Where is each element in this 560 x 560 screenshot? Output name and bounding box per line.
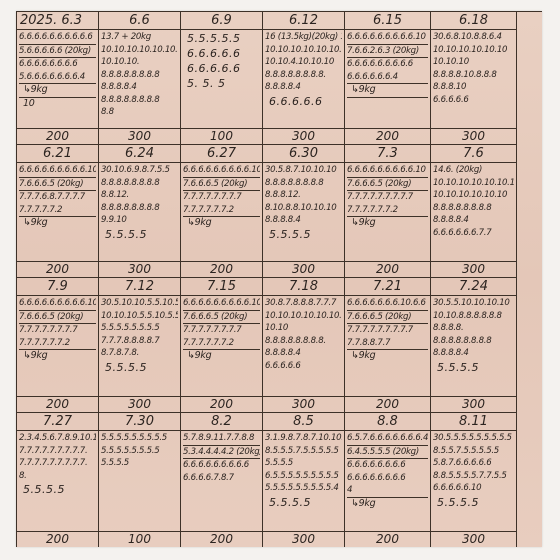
day-cell: 6.12 16 (13.5kg)(20kg) 17.6.10.10.10.10.… bbox=[263, 12, 345, 145]
entry-line: 7.7.7.8.8.8.8.7 bbox=[101, 335, 178, 348]
entry-line: 5. 5. 5 bbox=[183, 76, 260, 91]
entry-line: 5.5.5.5 bbox=[101, 360, 178, 375]
entry-line: 7.7.7.7.7.7.7.7.7 bbox=[347, 191, 428, 204]
day-cell: 8.11 30.5.5.5.5.5.5.5.5.58.5.5.7.5.5.5.5… bbox=[431, 413, 517, 547]
day-cell: 7.27 2.3.4.5.6.7.8.9.10.10.57.7.7.7.7.7.… bbox=[17, 413, 99, 547]
entry-line: 10.10.10.10.10.10.10. bbox=[265, 310, 342, 323]
day-total: 300 bbox=[431, 261, 516, 277]
weight-note: ↳9kg bbox=[347, 84, 428, 98]
entries: 6.6.6.6.6.6.6.6.6.65.6.6.6.6.6 (20kg)6.6… bbox=[17, 30, 98, 128]
day-cell: 6.6 13.7 + 20kg10.10.10.10.10.10.1010.10… bbox=[99, 12, 181, 145]
day-total: 200 bbox=[345, 531, 430, 547]
entries: 5.5.5.5.56.6.6.6.66.6.6.6.65. 5. 5 bbox=[181, 30, 262, 128]
day-total: 300 bbox=[263, 531, 344, 547]
log-grid: 2025. 6.3 6.6.6.6.6.6.6.6.6.65.6.6.6.6.6… bbox=[16, 11, 542, 547]
entry-line: 5.5.5.5 bbox=[265, 227, 342, 242]
entries: 13.7 + 20kg10.10.10.10.10.10.1010.10.10.… bbox=[99, 30, 180, 128]
weight-note: ↳9kg bbox=[347, 350, 428, 363]
entry-line: 8.8.8.8.4 bbox=[433, 214, 514, 227]
entry-line: 9.9.10 bbox=[101, 214, 178, 227]
entry-line: 5.3.4.4.4.4.2 (20kg) bbox=[183, 446, 260, 460]
entry-line: 8.8.8.8.8.8.8.8 bbox=[101, 202, 178, 215]
entry-line: 5.5.5.5 bbox=[433, 495, 514, 510]
entry-line: 7.7.7.7.7.7.7.7 bbox=[19, 324, 96, 337]
entry-line: 7.6.6.6.5 (20kg) bbox=[347, 311, 428, 325]
entry-line: 6.6.6.6.7.8.7 bbox=[183, 472, 260, 485]
handwritten-log-sheet: 2025. 6.3 6.6.6.6.6.6.6.6.6.65.6.6.6.6.6… bbox=[16, 11, 542, 547]
day-total: 300 bbox=[431, 531, 516, 547]
day-cell: 7.21 6.6.6.6.6.6.6.10.6.67.6.6.6.5 (20kg… bbox=[345, 278, 431, 413]
entry-line: 10.10.10.5.5.10.5.5 bbox=[101, 310, 178, 323]
weight-note: 10 bbox=[19, 98, 96, 111]
entry-line: 6.6.6.6.6.6.6.10.6.6 bbox=[347, 297, 428, 311]
day-cell: 6.21 6.6.6.6.6.6.6.6.6.107.6.6.6.5 (20kg… bbox=[17, 145, 99, 278]
entry-line: 10.10.10.10.10.10.10 bbox=[433, 177, 514, 190]
date-header: 6.18 bbox=[431, 12, 516, 30]
day-total: 300 bbox=[431, 396, 516, 412]
entry-line: 6.6.6.6.6.6.4 bbox=[347, 71, 428, 85]
entry-line: 7.7.7.7.7.7.7.7 bbox=[183, 324, 260, 337]
weight-note: ↳9kg bbox=[19, 350, 96, 363]
day-total: 200 bbox=[17, 128, 98, 144]
entry-line: 5.5.5.5 bbox=[265, 495, 342, 510]
entry-line: 5.5.5.5.5.5.5.5 bbox=[101, 445, 178, 458]
entry-line: 6.4.5.5.5.5 (20kg) bbox=[347, 446, 428, 460]
entry-line: 8.8.8.8.10.8.8.8 bbox=[433, 69, 514, 82]
entry-line: 5.7.8.9.11.7.7.8.8 bbox=[183, 432, 260, 446]
day-cell: 7.6 14.6. (20kg)10.10.10.10.10.10.1010.1… bbox=[431, 145, 517, 278]
entries: 30.5.5.10.10.10.1010.10.8.8.8.8.8.88.8.8… bbox=[431, 296, 516, 396]
day-total: 100 bbox=[181, 128, 262, 144]
entry-line: 10.10.10.10.10.10.10 bbox=[101, 44, 178, 57]
entries: 30.5.8.7.10.10.108.8.8.8.8.8.8.88.8.8.12… bbox=[263, 163, 344, 261]
day-cell: 7.30 5.5.5.5.5.5.5.5.55.5.5.5.5.5.5.55.5… bbox=[99, 413, 181, 547]
entry-line: 6.6.6.6.6 bbox=[183, 46, 260, 61]
date-header: 8.8 bbox=[345, 413, 430, 431]
entry-line: 7.7.7.7.7.2 bbox=[19, 204, 96, 218]
entry-line: 30.5.10.10.5.5.10.5 bbox=[101, 297, 178, 310]
entry-line: 6.5.7.6.6.6.6.6.6.6.4 bbox=[347, 432, 428, 446]
entry-line: 8.8.8.8.8.8.8.8 bbox=[265, 177, 342, 190]
date-header: 6.6 bbox=[99, 12, 180, 30]
entry-line: 7.7.7.7.7.7.2 bbox=[183, 204, 260, 218]
day-total: 300 bbox=[431, 128, 516, 144]
entry-line: 5.5.5.5.5.5.5.5.5.4 bbox=[265, 482, 342, 495]
entries: 30.5.10.10.5.5.10.510.10.10.5.5.10.5.55.… bbox=[99, 296, 180, 396]
entries: 16 (13.5kg)(20kg) 17.6.10.10.10.10.10.10… bbox=[263, 30, 344, 128]
entry-line: 13.7 + 20kg bbox=[101, 31, 178, 44]
entry-line: 6.6.6.6.6 bbox=[433, 94, 514, 107]
entries: 30.8.7.8.8.8.7.7.710.10.10.10.10.10.10.1… bbox=[263, 296, 344, 396]
entries: 6.6.6.6.6.6.6.6.6.107.6.6.6.5 (20kg)7.7.… bbox=[17, 296, 98, 396]
day-total: 200 bbox=[17, 396, 98, 412]
date-header: 7.3 bbox=[345, 145, 430, 163]
day-cell: 6.27 6.6.6.6.6.6.6.6.6.107.6.6.6.5 (20kg… bbox=[181, 145, 263, 278]
entries: 30.10.6.9.8.7.5.58.8.8.8.8.8.8.88.8.12.8… bbox=[99, 163, 180, 261]
entry-line: 10.10.10 bbox=[433, 56, 514, 69]
entry-line: 5.5.5.5 bbox=[433, 360, 514, 375]
entry-line: 6.6.6.6.6.6.6.6 bbox=[19, 58, 96, 71]
entry-line: 5.5.5.5.5.5.5.5 bbox=[101, 322, 178, 335]
entry-line: 6.6.6.6.6.6.6.6.6 bbox=[183, 459, 260, 472]
entry-line: 6.6.6.6.6.6.6.6 bbox=[347, 459, 428, 472]
entry-line: 30.10.6.9.8.7.5.5 bbox=[101, 164, 178, 177]
date-header: 7.27 bbox=[17, 413, 98, 431]
entry-line: 5.5.5.5 bbox=[19, 482, 96, 497]
date-header: 7.9 bbox=[17, 278, 98, 296]
weight-note: ↳9kg bbox=[183, 350, 260, 363]
entries: 30.6.8.10.8.8.6.410.10.10.10.10.1010.10.… bbox=[431, 30, 516, 128]
entry-line: 10.10.10. bbox=[101, 56, 178, 69]
entries: 6.6.6.6.6.6.6.6.6.107.6.6.6.5 (20kg)7.7.… bbox=[181, 296, 262, 396]
entry-line: 10.10.10.10.10.10.10 bbox=[265, 44, 342, 57]
date-header: 6.12 bbox=[263, 12, 344, 30]
entry-line: 7.6.6.2.6.3 (20kg) bbox=[347, 45, 428, 59]
entry-line: 10.10.4.10.10.10 bbox=[265, 56, 342, 69]
entry-line: 8.8.8.8.8.8.8.8 bbox=[433, 335, 514, 348]
day-cell: 6.30 30.5.8.7.10.10.108.8.8.8.8.8.8.88.8… bbox=[263, 145, 345, 278]
day-total: 200 bbox=[345, 396, 430, 412]
entry-line: 8.10.8.8.10.10.10 bbox=[265, 202, 342, 215]
entry-line: 6.6.6.6.6.6.6.6.6.10 bbox=[183, 297, 260, 311]
entry-line: 30.6.8.10.8.8.6.4 bbox=[433, 31, 514, 44]
date-header: 8.5 bbox=[263, 413, 344, 431]
entry-line: 8.8.8.8.8.8.8.8. bbox=[265, 69, 342, 82]
date-header: 7.15 bbox=[181, 278, 262, 296]
entry-line: 30.5.5.10.10.10.10 bbox=[433, 297, 514, 310]
entries: 6.6.6.6.6.6.6.6.6.107.6.6.6.5 (20kg)7.7.… bbox=[181, 163, 262, 261]
entry-line: 7.7.7.7.7.7.2 bbox=[347, 204, 428, 218]
entry-line: 8.5.5.7.5.5.5.5.5 bbox=[433, 445, 514, 458]
entry-line: 7.6.6.6.5 (20kg) bbox=[19, 178, 96, 192]
date-header: 7.18 bbox=[263, 278, 344, 296]
entry-line: 8.8.8.8.8.8.8.8 bbox=[101, 69, 178, 82]
entry-line: 5.6.6.6.6.6.6.6.4 bbox=[19, 71, 96, 85]
entry-line: 6.6.6.6.6.6.6.6.6.6 bbox=[19, 31, 96, 45]
day-cell: 6.9 5.5.5.5.56.6.6.6.66.6.6.6.65. 5. 5 1… bbox=[181, 12, 263, 145]
day-total: 200 bbox=[345, 261, 430, 277]
day-cell: 6.24 30.10.6.9.8.7.5.58.8.8.8.8.8.8.88.8… bbox=[99, 145, 181, 278]
entry-line: 30.5.8.7.10.10.10 bbox=[265, 164, 342, 177]
entry-line: 7.6.6.6.5 (20kg) bbox=[19, 311, 96, 325]
date-header: 6.30 bbox=[263, 145, 344, 163]
day-total: 300 bbox=[99, 261, 180, 277]
date-header: 6.9 bbox=[181, 12, 262, 30]
date-header: 6.21 bbox=[17, 145, 98, 163]
day-cell: 8.2 5.7.8.9.11.7.7.8.85.3.4.4.4.4.2 (20k… bbox=[181, 413, 263, 547]
day-cell: 6.18 30.6.8.10.8.8.6.410.10.10.10.10.101… bbox=[431, 12, 517, 145]
date-header: 8.2 bbox=[181, 413, 262, 431]
day-cell: 7.18 30.8.7.8.8.8.7.7.710.10.10.10.10.10… bbox=[263, 278, 345, 413]
date-header: 6.27 bbox=[181, 145, 262, 163]
entry-line: 3.1.9.8.7.8.7.10.10.10 bbox=[265, 432, 342, 445]
day-cell: 6.15 6.6.6.6.6.6.6.6.6.107.6.6.2.6.3 (20… bbox=[345, 12, 431, 145]
entry-line: 7.6.6.6.5 (20kg) bbox=[183, 178, 260, 192]
day-cell: 7.24 30.5.5.10.10.10.1010.10.8.8.8.8.8.8… bbox=[431, 278, 517, 413]
entries: 3.1.9.8.7.8.7.10.10.108.5.5.5.7.5.5.5.5.… bbox=[263, 431, 344, 531]
weight-note: ↳9kg bbox=[347, 498, 428, 511]
entries: 2.3.4.5.6.7.8.9.10.10.57.7.7.7.7.7.7.7.7… bbox=[17, 431, 98, 531]
date-header: 7.6 bbox=[431, 145, 516, 163]
day-cell: 7.9 6.6.6.6.6.6.6.6.6.107.6.6.6.5 (20kg)… bbox=[17, 278, 99, 413]
day-total: 300 bbox=[263, 261, 344, 277]
entries: 5.5.5.5.5.5.5.5.55.5.5.5.5.5.5.55.5.5.5 bbox=[99, 431, 180, 531]
entry-line: 8.8.8.8.8.8.8.8. bbox=[265, 335, 342, 348]
entry-line: 6.6.6.6.6.6.7.7 bbox=[433, 227, 514, 240]
day-total: 200 bbox=[17, 531, 98, 547]
day-total: 200 bbox=[345, 128, 430, 144]
entry-line: 8.8.8.10 bbox=[433, 81, 514, 94]
entry-line: 6.6.6.6.6.6.6.6.6.10 bbox=[19, 164, 96, 178]
entry-line: 16 (13.5kg)(20kg) 17.6.10. bbox=[265, 31, 342, 44]
entry-line: 6.6.6.6.6.6.6.6 bbox=[347, 472, 428, 485]
day-total: 200 bbox=[181, 261, 262, 277]
day-total: 200 bbox=[181, 531, 262, 547]
entry-line: 8.8.8.8.8.8.8.8 bbox=[101, 177, 178, 190]
entry-line: 6.5.5.5.5.5.5.5.5.5 bbox=[265, 470, 342, 483]
entry-line: 7.7.8.8.7.7 bbox=[347, 337, 428, 351]
day-total: 300 bbox=[263, 396, 344, 412]
entry-line: 5.6.6.6.6.6 (20kg) bbox=[19, 45, 96, 59]
entry-line: 8.8.8.12. bbox=[265, 189, 342, 202]
date-header: 6.24 bbox=[99, 145, 180, 163]
entry-line: 6.6.6.6.6.6.6.6.6.10 bbox=[347, 31, 428, 45]
entry-line: 6.6.6.6.6.6.6.6.6 bbox=[347, 58, 428, 71]
day-cell: 8.8 6.5.7.6.6.6.6.6.6.6.46.4.5.5.5.5 (20… bbox=[345, 413, 431, 547]
entry-line: 8.8 bbox=[101, 106, 178, 119]
entry-line: 5.5.5.5 bbox=[101, 227, 178, 242]
entry-line: 5.5.5.5.5.5.5.5.5 bbox=[101, 432, 178, 445]
entries: 6.5.7.6.6.6.6.6.6.6.46.4.5.5.5.5 (20kg)6… bbox=[345, 431, 430, 531]
entry-line: 7.7.7.7.7.7.2 bbox=[183, 337, 260, 351]
entry-line: 8.8.8.8.4 bbox=[433, 347, 514, 360]
entry-line: 8.8.8.8.8.8.8.8 bbox=[433, 202, 514, 215]
weight-note: ↳9kg bbox=[19, 217, 96, 230]
day-total: 100 bbox=[99, 531, 180, 547]
entry-line: 7.7.7.7.7.7.7.7.7 bbox=[347, 324, 428, 337]
entry-line: 7.7.7.7.7.7.7.7.7. bbox=[19, 445, 96, 458]
entry-line: 6.6.6.6.6.6.6.6.6.10 bbox=[183, 164, 260, 178]
entry-line: 7.7.7.6.8.7.7.7.7 bbox=[19, 191, 96, 204]
entry-line: 6.6.6.6.6 bbox=[183, 61, 260, 76]
entry-line: 30.8.7.8.8.8.7.7.7 bbox=[265, 297, 342, 310]
entries: 6.6.6.6.6.6.6.6.6.107.6.6.2.6.3 (20kg)6.… bbox=[345, 30, 430, 128]
date-header: 8.11 bbox=[431, 413, 516, 431]
entry-line: 5.8.7.6.6.6.6.6 bbox=[433, 457, 514, 470]
day-cell: 7.12 30.5.10.10.5.5.10.510.10.10.5.5.10.… bbox=[99, 278, 181, 413]
entry-line: 8.8.8.8.4 bbox=[265, 347, 342, 360]
entry-line: 8.8.8.8.4 bbox=[265, 81, 342, 94]
day-total: 300 bbox=[99, 128, 180, 144]
date-header: 7.30 bbox=[99, 413, 180, 431]
day-cell: 8.5 3.1.9.8.7.8.7.10.10.108.5.5.5.7.5.5.… bbox=[263, 413, 345, 547]
date-header: 7.12 bbox=[99, 278, 180, 296]
entries: 6.6.6.6.6.6.6.6.6.107.6.6.6.5 (20kg)7.7.… bbox=[345, 163, 430, 261]
entry-line: 7.7.7.7.7.7.2 bbox=[19, 337, 96, 351]
entry-line: 10.10.10.10.10.10 bbox=[433, 189, 514, 202]
entry-line: 8.8.8.8.4 bbox=[265, 214, 342, 227]
day-total: 200 bbox=[17, 261, 98, 277]
entries: 6.6.6.6.6.6.6.10.6.67.6.6.6.5 (20kg)7.7.… bbox=[345, 296, 430, 396]
entry-line: 5.5.5.5 bbox=[265, 457, 342, 470]
entry-line: 5.5.5.5.5 bbox=[183, 31, 260, 46]
entry-line: 8.7.8.7.8. bbox=[101, 347, 178, 360]
weight-note: ↳9kg bbox=[347, 217, 428, 230]
day-cell: 2025. 6.3 6.6.6.6.6.6.6.6.6.65.6.6.6.6.6… bbox=[17, 12, 99, 145]
weight-note: ↳9kg bbox=[19, 84, 96, 98]
day-total: 300 bbox=[263, 128, 344, 144]
day-cell: 7.3 6.6.6.6.6.6.6.6.6.107.6.6.6.5 (20kg)… bbox=[345, 145, 431, 278]
entry-line: 8.8.8.8.8.8.8.8 bbox=[101, 94, 178, 107]
entry-line: 6.6.6.6.6.6.6.6.6.10 bbox=[347, 164, 428, 178]
entry-line: 8.5.5.5.7.5.5.5.5.5 bbox=[265, 445, 342, 458]
day-cell: 7.15 6.6.6.6.6.6.6.6.6.107.6.6.6.5 (20kg… bbox=[181, 278, 263, 413]
entry-line: 7.6.6.6.5 (20kg) bbox=[347, 178, 428, 192]
entry-line: 6.6.6.6.6.10 bbox=[433, 482, 514, 495]
entry-line: 5.5.5.5 bbox=[101, 457, 178, 470]
entries: 30.5.5.5.5.5.5.5.5.58.5.5.7.5.5.5.5.55.8… bbox=[431, 431, 516, 531]
day-total: 300 bbox=[99, 396, 180, 412]
entry-line: 7.7.7.7.7.7.7.7.7. bbox=[19, 457, 96, 470]
entry-line: 8.8.8.8.4 bbox=[101, 81, 178, 94]
entries: 6.6.6.6.6.6.6.6.6.107.6.6.6.5 (20kg)7.7.… bbox=[17, 163, 98, 261]
date-header: 6.15 bbox=[345, 12, 430, 30]
entry-line: 8.8.12. bbox=[101, 189, 178, 202]
entries: 5.7.8.9.11.7.7.8.85.3.4.4.4.4.2 (20kg)6.… bbox=[181, 431, 262, 531]
entry-line: 30.5.5.5.5.5.5.5.5.5 bbox=[433, 432, 514, 445]
entry-line: 6.6.6.6.6 bbox=[265, 94, 342, 109]
date-header: 7.24 bbox=[431, 278, 516, 296]
date-header: 7.21 bbox=[345, 278, 430, 296]
entry-line: 2.3.4.5.6.7.8.9.10.10.5 bbox=[19, 432, 96, 445]
entry-line: 7.6.6.6.5 (20kg) bbox=[183, 311, 260, 325]
entry-line: 6.6.6.6.6 bbox=[265, 360, 342, 373]
date-header: 2025. 6.3 bbox=[17, 12, 98, 30]
weight-note: ↳9kg bbox=[183, 217, 260, 230]
day-total: 200 bbox=[181, 396, 262, 412]
entry-line: 10.10.8.8.8.8.8.8 bbox=[433, 310, 514, 323]
entry-line: 7.7.7.7.7.7.7.7 bbox=[183, 191, 260, 204]
entries: 14.6. (20kg)10.10.10.10.10.10.1010.10.10… bbox=[431, 163, 516, 261]
entry-line: 8.8.8.8. bbox=[433, 322, 514, 335]
entry-line: 4 bbox=[347, 484, 428, 498]
entry-line: 8.8.5.5.5.5.7.7.5.5 bbox=[433, 470, 514, 483]
entry-line: 10.10 bbox=[265, 322, 342, 335]
entry-line: 14.6. (20kg) bbox=[433, 164, 514, 177]
entry-line: 6.6.6.6.6.6.6.6.6.10 bbox=[19, 297, 96, 311]
entry-line: 8. bbox=[19, 470, 96, 483]
entry-line: 10.10.10.10.10.10 bbox=[433, 44, 514, 57]
